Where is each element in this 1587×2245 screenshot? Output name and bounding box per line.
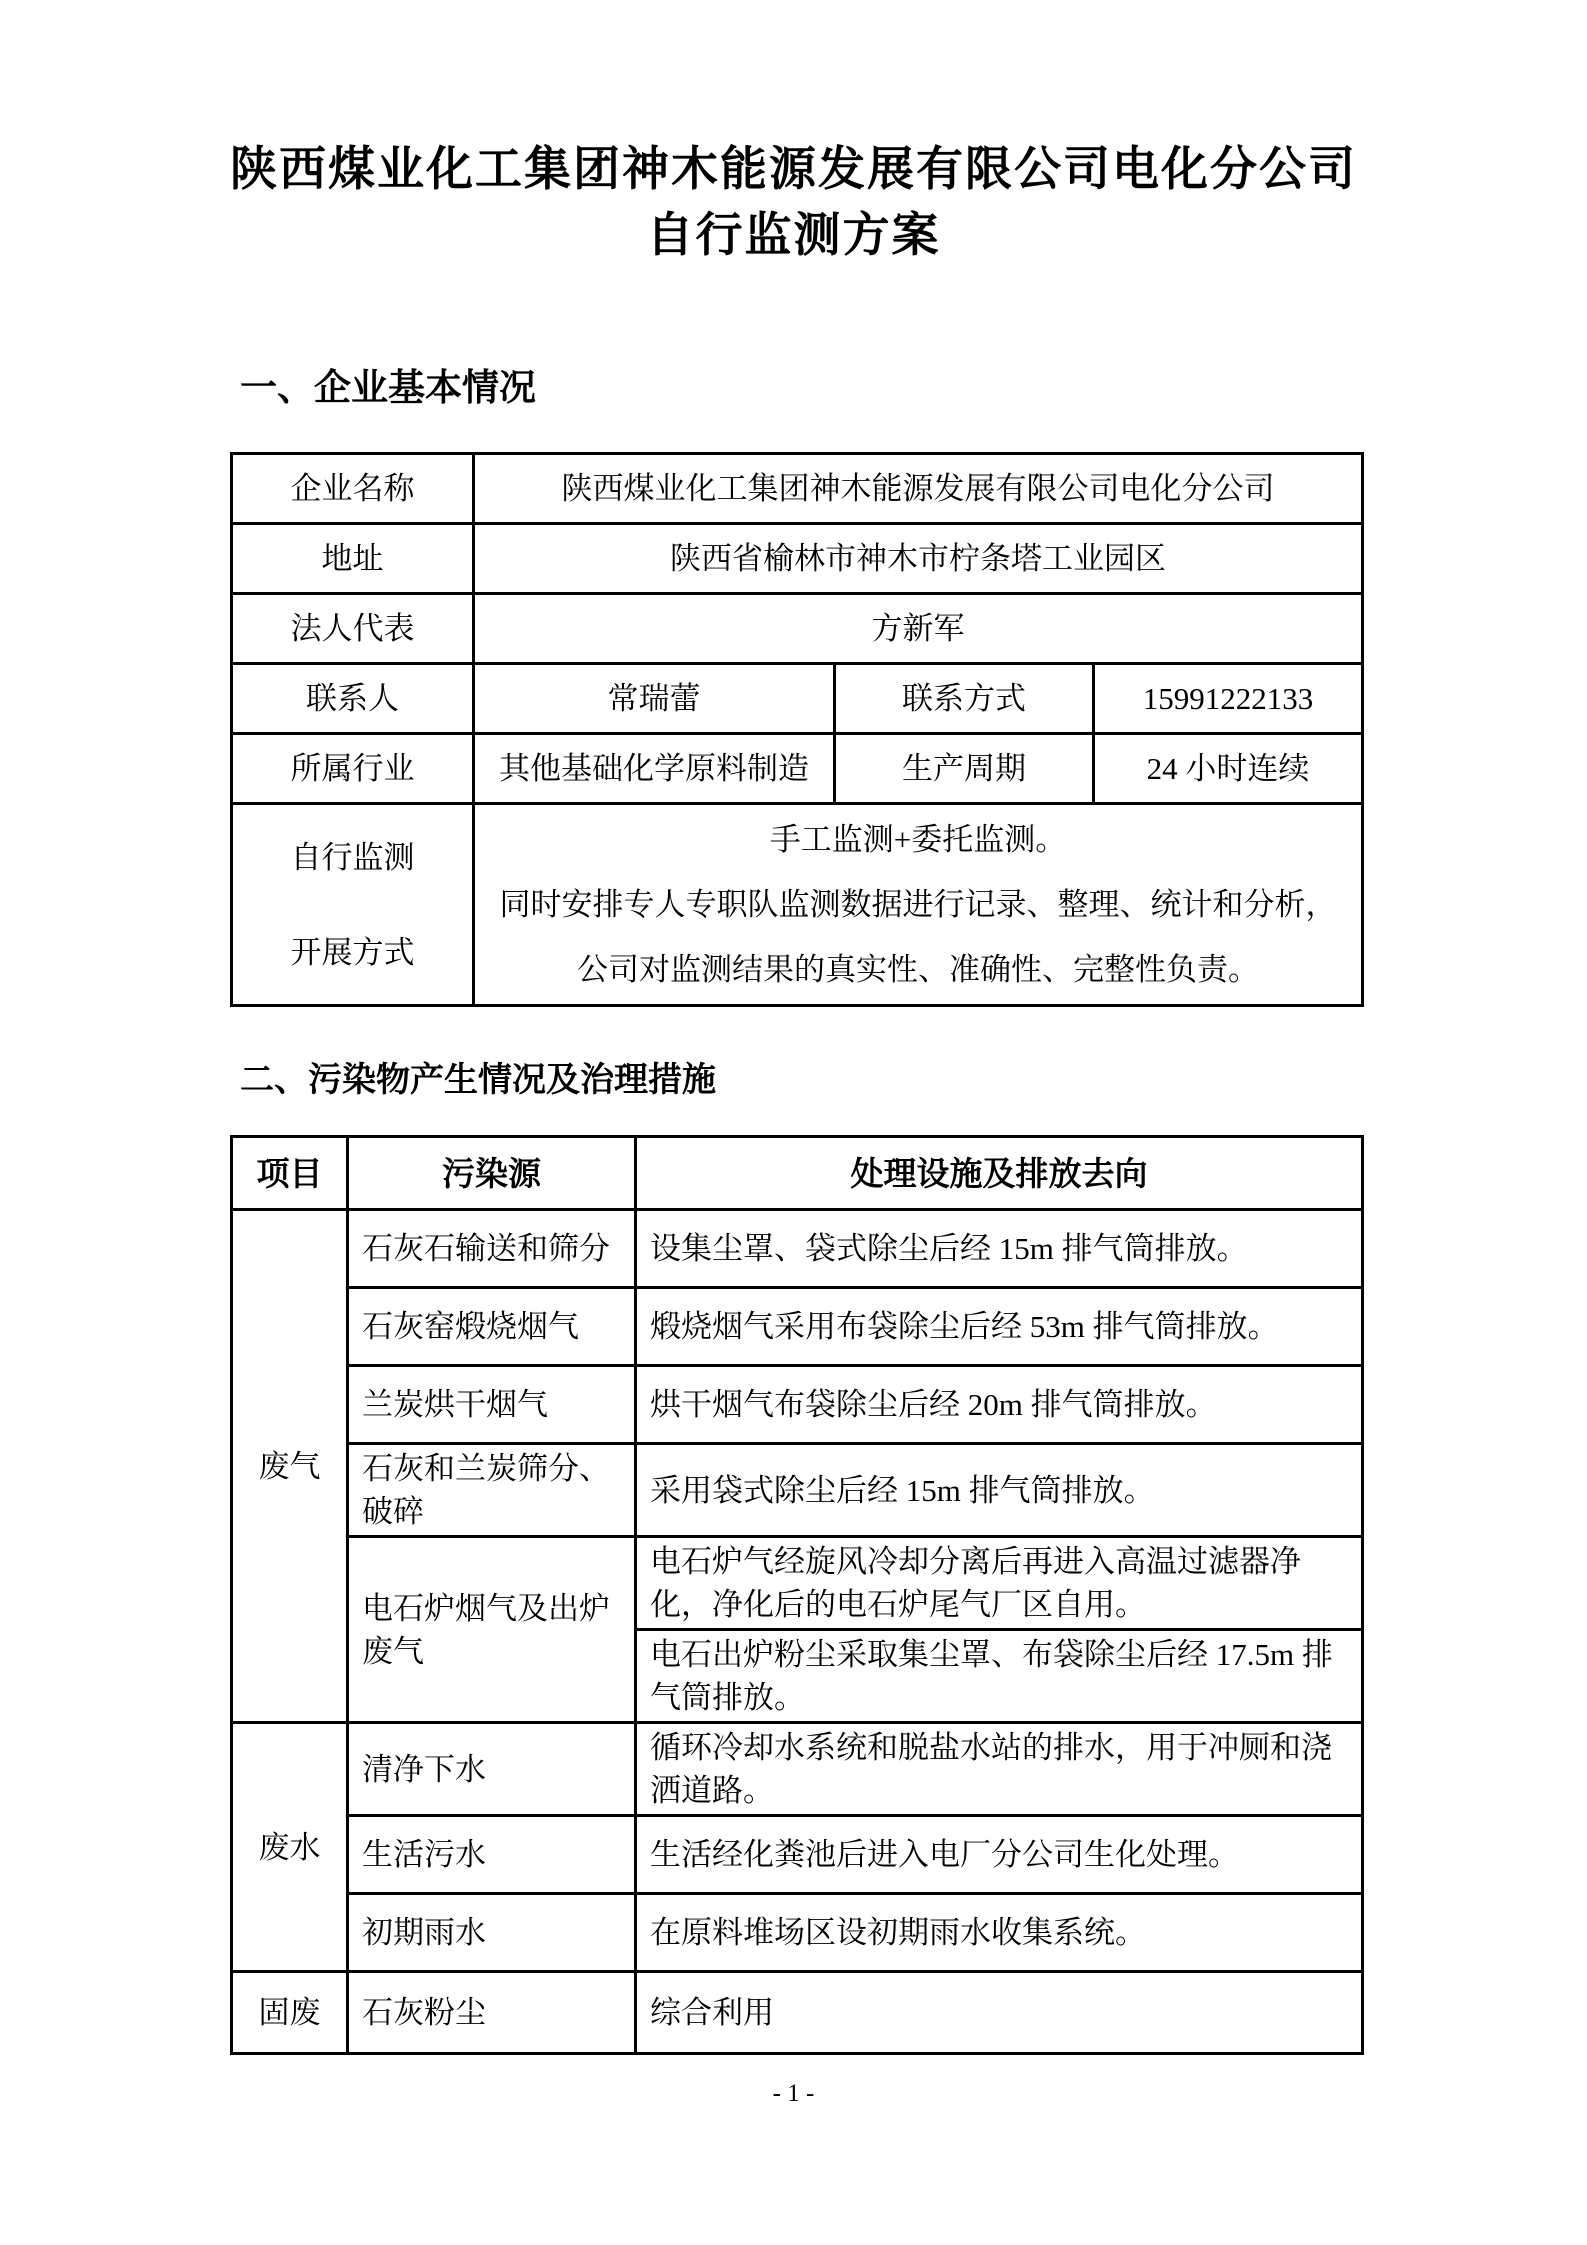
source-lime-dust: 石灰粉尘 xyxy=(348,1972,636,2054)
page-number: - 1 - xyxy=(0,2080,1587,2108)
contact-method-label: 联系方式 xyxy=(835,664,1094,734)
header-project: 项目 xyxy=(232,1137,348,1210)
source-initial-rainwater: 初期雨水 xyxy=(348,1894,636,1972)
pollutant-treatment-table: 项目 污染源 处理设施及排放去向 废气 石灰石输送和筛分 设集尘罩、袋式除尘后经… xyxy=(230,1135,1364,2055)
treatment-carbide-furnace-gas-1: 电石炉气经旋风冷却分离后再进入高温过滤器净化，净化后的电石炉尾气厂区自用。 xyxy=(636,1537,1363,1630)
source-semicoke-drying: 兰炭烘干烟气 xyxy=(348,1366,636,1444)
project-waste-water: 废水 xyxy=(232,1723,348,1972)
treatment-domestic-sewage: 生活经化粪池后进入电厂分公司生化处理。 xyxy=(636,1816,1363,1894)
company-name-label: 企业名称 xyxy=(232,454,474,524)
company-name-value: 陕西煤业化工集团神木能源发展有限公司电化分公司 xyxy=(474,454,1363,524)
section1-heading: 一、企业基本情况 xyxy=(240,368,1587,408)
treatment-carbide-furnace-gas-2: 电石出炉粉尘采取集尘罩、布袋除尘后经 17.5m 排气筒排放。 xyxy=(636,1630,1363,1723)
source-lime-semicoke-screening: 石灰和兰炭筛分、破碎 xyxy=(348,1444,636,1537)
table-row-semicoke-drying: 兰炭烘干烟气 烘干烟气布袋除尘后经 20m 排气筒排放。 xyxy=(232,1366,1363,1444)
table-row-lime-semicoke-screening: 石灰和兰炭筛分、破碎 采用袋式除尘后经 15m 排气筒排放。 xyxy=(232,1444,1363,1537)
monitoring-method-label-line1: 自行监测 xyxy=(237,810,468,905)
table-row-legal-representative: 法人代表 方新军 xyxy=(232,594,1363,664)
industry-label: 所属行业 xyxy=(232,734,474,804)
contact-person-label: 联系人 xyxy=(232,664,474,734)
monitoring-method-value-line2: 同时安排专人专职队监测数据进行记录、整理、统计和分析， xyxy=(479,872,1357,937)
section2-heading: 二、污染物产生情况及治理措施 xyxy=(240,1061,1587,1099)
contact-person-value: 常瑞蕾 xyxy=(474,664,835,734)
header-treatment: 处理设施及排放去向 xyxy=(636,1137,1363,1210)
legal-representative-label: 法人代表 xyxy=(232,594,474,664)
contact-phone-value: 15991222133 xyxy=(1094,664,1363,734)
treatment-initial-rainwater: 在原料堆场区设初期雨水收集系统。 xyxy=(636,1894,1363,1972)
document-page: 陕西煤业化工集团神木能源发展有限公司电化分公司 自行监测方案 一、企业基本情况 … xyxy=(0,0,1587,2245)
table-row-lime-kiln: 石灰窑煅烧烟气 煅烧烟气采用布袋除尘后经 53m 排气筒排放。 xyxy=(232,1288,1363,1366)
source-domestic-sewage: 生活污水 xyxy=(348,1816,636,1894)
table-row-domestic-sewage: 生活污水 生活经化粪池后进入电厂分公司生化处理。 xyxy=(232,1816,1363,1894)
project-waste-gas: 废气 xyxy=(232,1210,348,1723)
table-row-address: 地址 陕西省榆林市神木市柠条塔工业园区 xyxy=(232,524,1363,594)
company-info-table: 企业名称 陕西煤业化工集团神木能源发展有限公司电化分公司 地址 陕西省榆林市神木… xyxy=(230,452,1364,1007)
table-row-clean-wastewater: 废水 清净下水 循环冷却水系统和脱盐水站的排水，用于冲厕和浇洒道路。 xyxy=(232,1723,1363,1816)
treatment-clean-wastewater: 循环冷却水系统和脱盐水站的排水，用于冲厕和浇洒道路。 xyxy=(636,1723,1363,1816)
address-label: 地址 xyxy=(232,524,474,594)
table-row-carbide-furnace-gas: 电石炉烟气及出炉废气 电石炉气经旋风冷却分离后再进入高温过滤器净化，净化后的电石… xyxy=(232,1537,1363,1630)
document-title-line2: 自行监测方案 xyxy=(0,202,1587,268)
document-title-line1: 陕西煤业化工集团神木能源发展有限公司电化分公司 xyxy=(0,136,1587,202)
treatment-lime-kiln: 煅烧烟气采用布袋除尘后经 53m 排气筒排放。 xyxy=(636,1288,1363,1366)
table-row-company-name: 企业名称 陕西煤业化工集团神木能源发展有限公司电化分公司 xyxy=(232,454,1363,524)
table-row-lime-dust: 固废 石灰粉尘 综合利用 xyxy=(232,1972,1363,2054)
table-row-limestone-transport: 废气 石灰石输送和筛分 设集尘罩、袋式除尘后经 15m 排气筒排放。 xyxy=(232,1210,1363,1288)
table-row-industry: 所属行业 其他基础化学原料制造 生产周期 24 小时连续 xyxy=(232,734,1363,804)
table-row-contact: 联系人 常瑞蕾 联系方式 15991222133 xyxy=(232,664,1363,734)
production-cycle-value: 24 小时连续 xyxy=(1094,734,1363,804)
industry-value: 其他基础化学原料制造 xyxy=(474,734,835,804)
treatment-lime-semicoke-screening: 采用袋式除尘后经 15m 排气筒排放。 xyxy=(636,1444,1363,1537)
source-clean-wastewater: 清净下水 xyxy=(348,1723,636,1816)
treatment-semicoke-drying: 烘干烟气布袋除尘后经 20m 排气筒排放。 xyxy=(636,1366,1363,1444)
legal-representative-value: 方新军 xyxy=(474,594,1363,664)
monitoring-method-value: 手工监测+委托监测。 同时安排专人专职队监测数据进行记录、整理、统计和分析， 公… xyxy=(474,804,1363,1006)
source-limestone-transport: 石灰石输送和筛分 xyxy=(348,1210,636,1288)
table-row-monitoring-method: 自行监测 开展方式 手工监测+委托监测。 同时安排专人专职队监测数据进行记录、整… xyxy=(232,804,1363,1006)
table-header-row: 项目 污染源 处理设施及排放去向 xyxy=(232,1137,1363,1210)
treatment-lime-dust: 综合利用 xyxy=(636,1972,1363,2054)
address-value: 陕西省榆林市神木市柠条塔工业园区 xyxy=(474,524,1363,594)
header-pollution-source: 污染源 xyxy=(348,1137,636,1210)
table-row-initial-rainwater: 初期雨水 在原料堆场区设初期雨水收集系统。 xyxy=(232,1894,1363,1972)
monitoring-method-value-line1: 手工监测+委托监测。 xyxy=(479,807,1357,872)
monitoring-method-label: 自行监测 开展方式 xyxy=(232,804,474,1006)
monitoring-method-label-line2: 开展方式 xyxy=(237,905,468,1000)
monitoring-method-value-line3: 公司对监测结果的真实性、准确性、完整性负责。 xyxy=(479,937,1357,1002)
source-carbide-furnace-gas: 电石炉烟气及出炉废气 xyxy=(348,1537,636,1723)
treatment-limestone-transport: 设集尘罩、袋式除尘后经 15m 排气筒排放。 xyxy=(636,1210,1363,1288)
project-solid-waste: 固废 xyxy=(232,1972,348,2054)
production-cycle-label: 生产周期 xyxy=(835,734,1094,804)
source-lime-kiln: 石灰窑煅烧烟气 xyxy=(348,1288,636,1366)
document-title: 陕西煤业化工集团神木能源发展有限公司电化分公司 自行监测方案 xyxy=(0,0,1587,268)
